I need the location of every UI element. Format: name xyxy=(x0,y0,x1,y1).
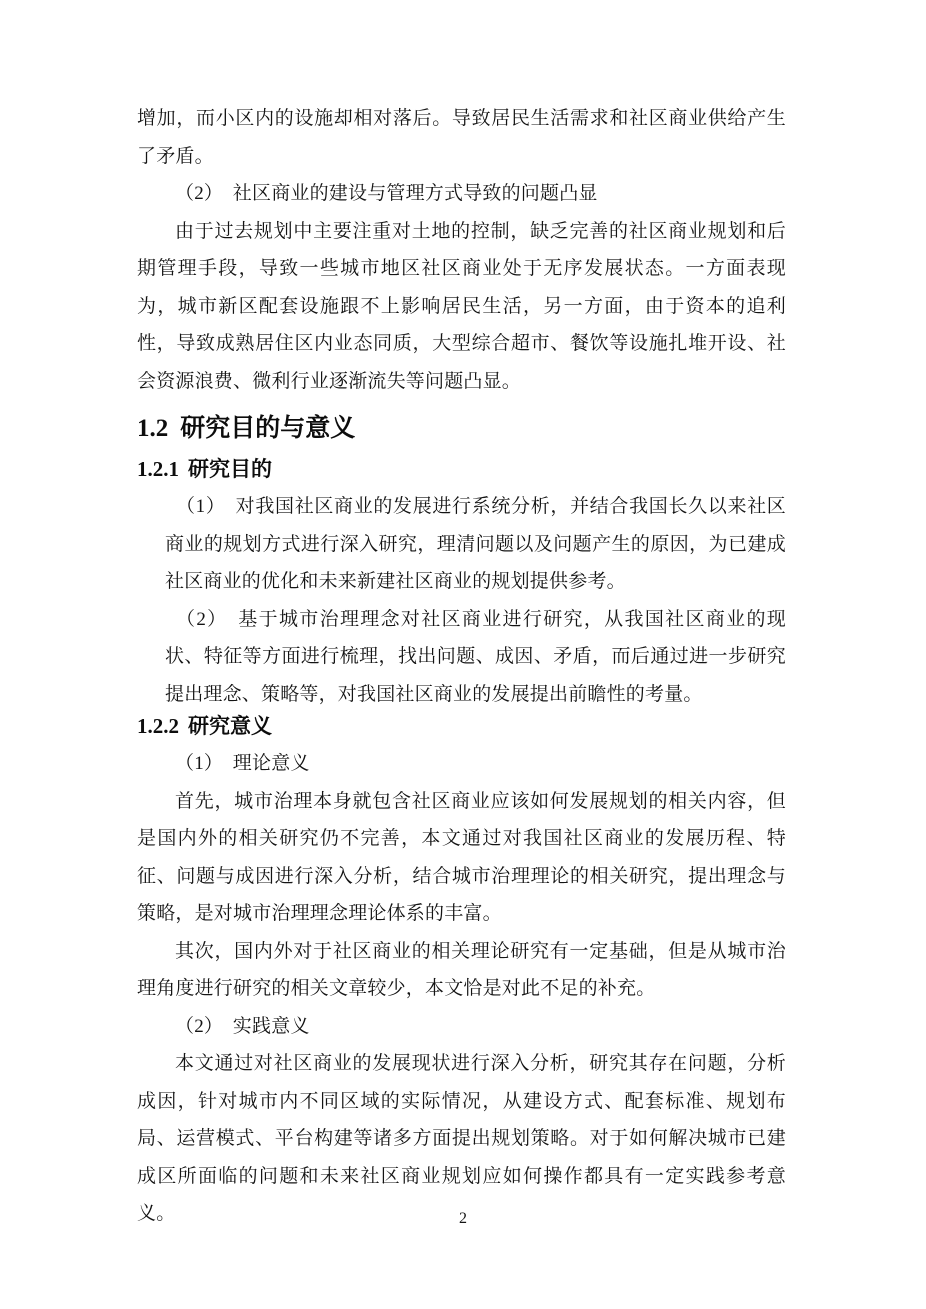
subsection-number: 1.2.2 xyxy=(137,714,179,738)
section-heading-1-2: 1.2研究目的与意义 xyxy=(137,408,786,449)
subsection-title: 研究目的 xyxy=(188,458,272,481)
subsection-number: 1.2.1 xyxy=(137,457,179,481)
paragraph-continuation: 增加，而小区内的设施却相对落后。导致居民生活需求和社区商业供给产生了矛盾。 xyxy=(137,100,786,175)
subsection-title: 研究意义 xyxy=(188,715,272,738)
item-label-theoretical: （1） 理论意义 xyxy=(137,745,786,783)
paragraph-problem-description: 由于过去规划中主要注重对土地的控制，缺乏完善的社区商业规划和后期管理手段，导致一… xyxy=(137,213,786,401)
item-label-practical: （2） 实践意义 xyxy=(137,1008,786,1046)
paragraph-theoretical-2: 其次，国内外对于社区商业的相关理论研究有一定基础，但是从城市治理角度进行研究的相… xyxy=(137,933,786,1008)
section-number: 1.2 xyxy=(137,415,168,442)
subsection-heading-1-2-1: 1.2.1研究目的 xyxy=(137,451,786,488)
paragraph-subitem-heading: （2） 社区商业的建设与管理方式导致的问题凸显 xyxy=(137,175,786,213)
numbered-item-2: （2） 基于城市治理理念对社区商业进行研究，从我国社区商业的现状、特征等方面进行… xyxy=(137,601,786,714)
document-page: 增加，而小区内的设施却相对落后。导致居民生活需求和社区商业供给产生了矛盾。 （2… xyxy=(0,0,926,1309)
section-title: 研究目的与意义 xyxy=(180,414,355,442)
subsection-heading-1-2-2: 1.2.2研究意义 xyxy=(137,708,786,745)
numbered-item-1: （1） 对我国社区商业的发展进行系统分析，并结合我国长久以来社区商业的规划方式进… xyxy=(137,488,786,601)
page-body: 增加，而小区内的设施却相对落后。导致居民生活需求和社区商业供给产生了矛盾。 （2… xyxy=(137,100,786,1233)
paragraph-practical: 本文通过对社区商业的发展现状进行深入分析，研究其存在问题，分析成因，针对城市内不… xyxy=(137,1045,786,1233)
paragraph-theoretical-1: 首先，城市治理本身就包含社区商业应该如何发展规划的相关内容，但是国内外的相关研究… xyxy=(137,783,786,933)
page-number: 2 xyxy=(0,1208,926,1230)
